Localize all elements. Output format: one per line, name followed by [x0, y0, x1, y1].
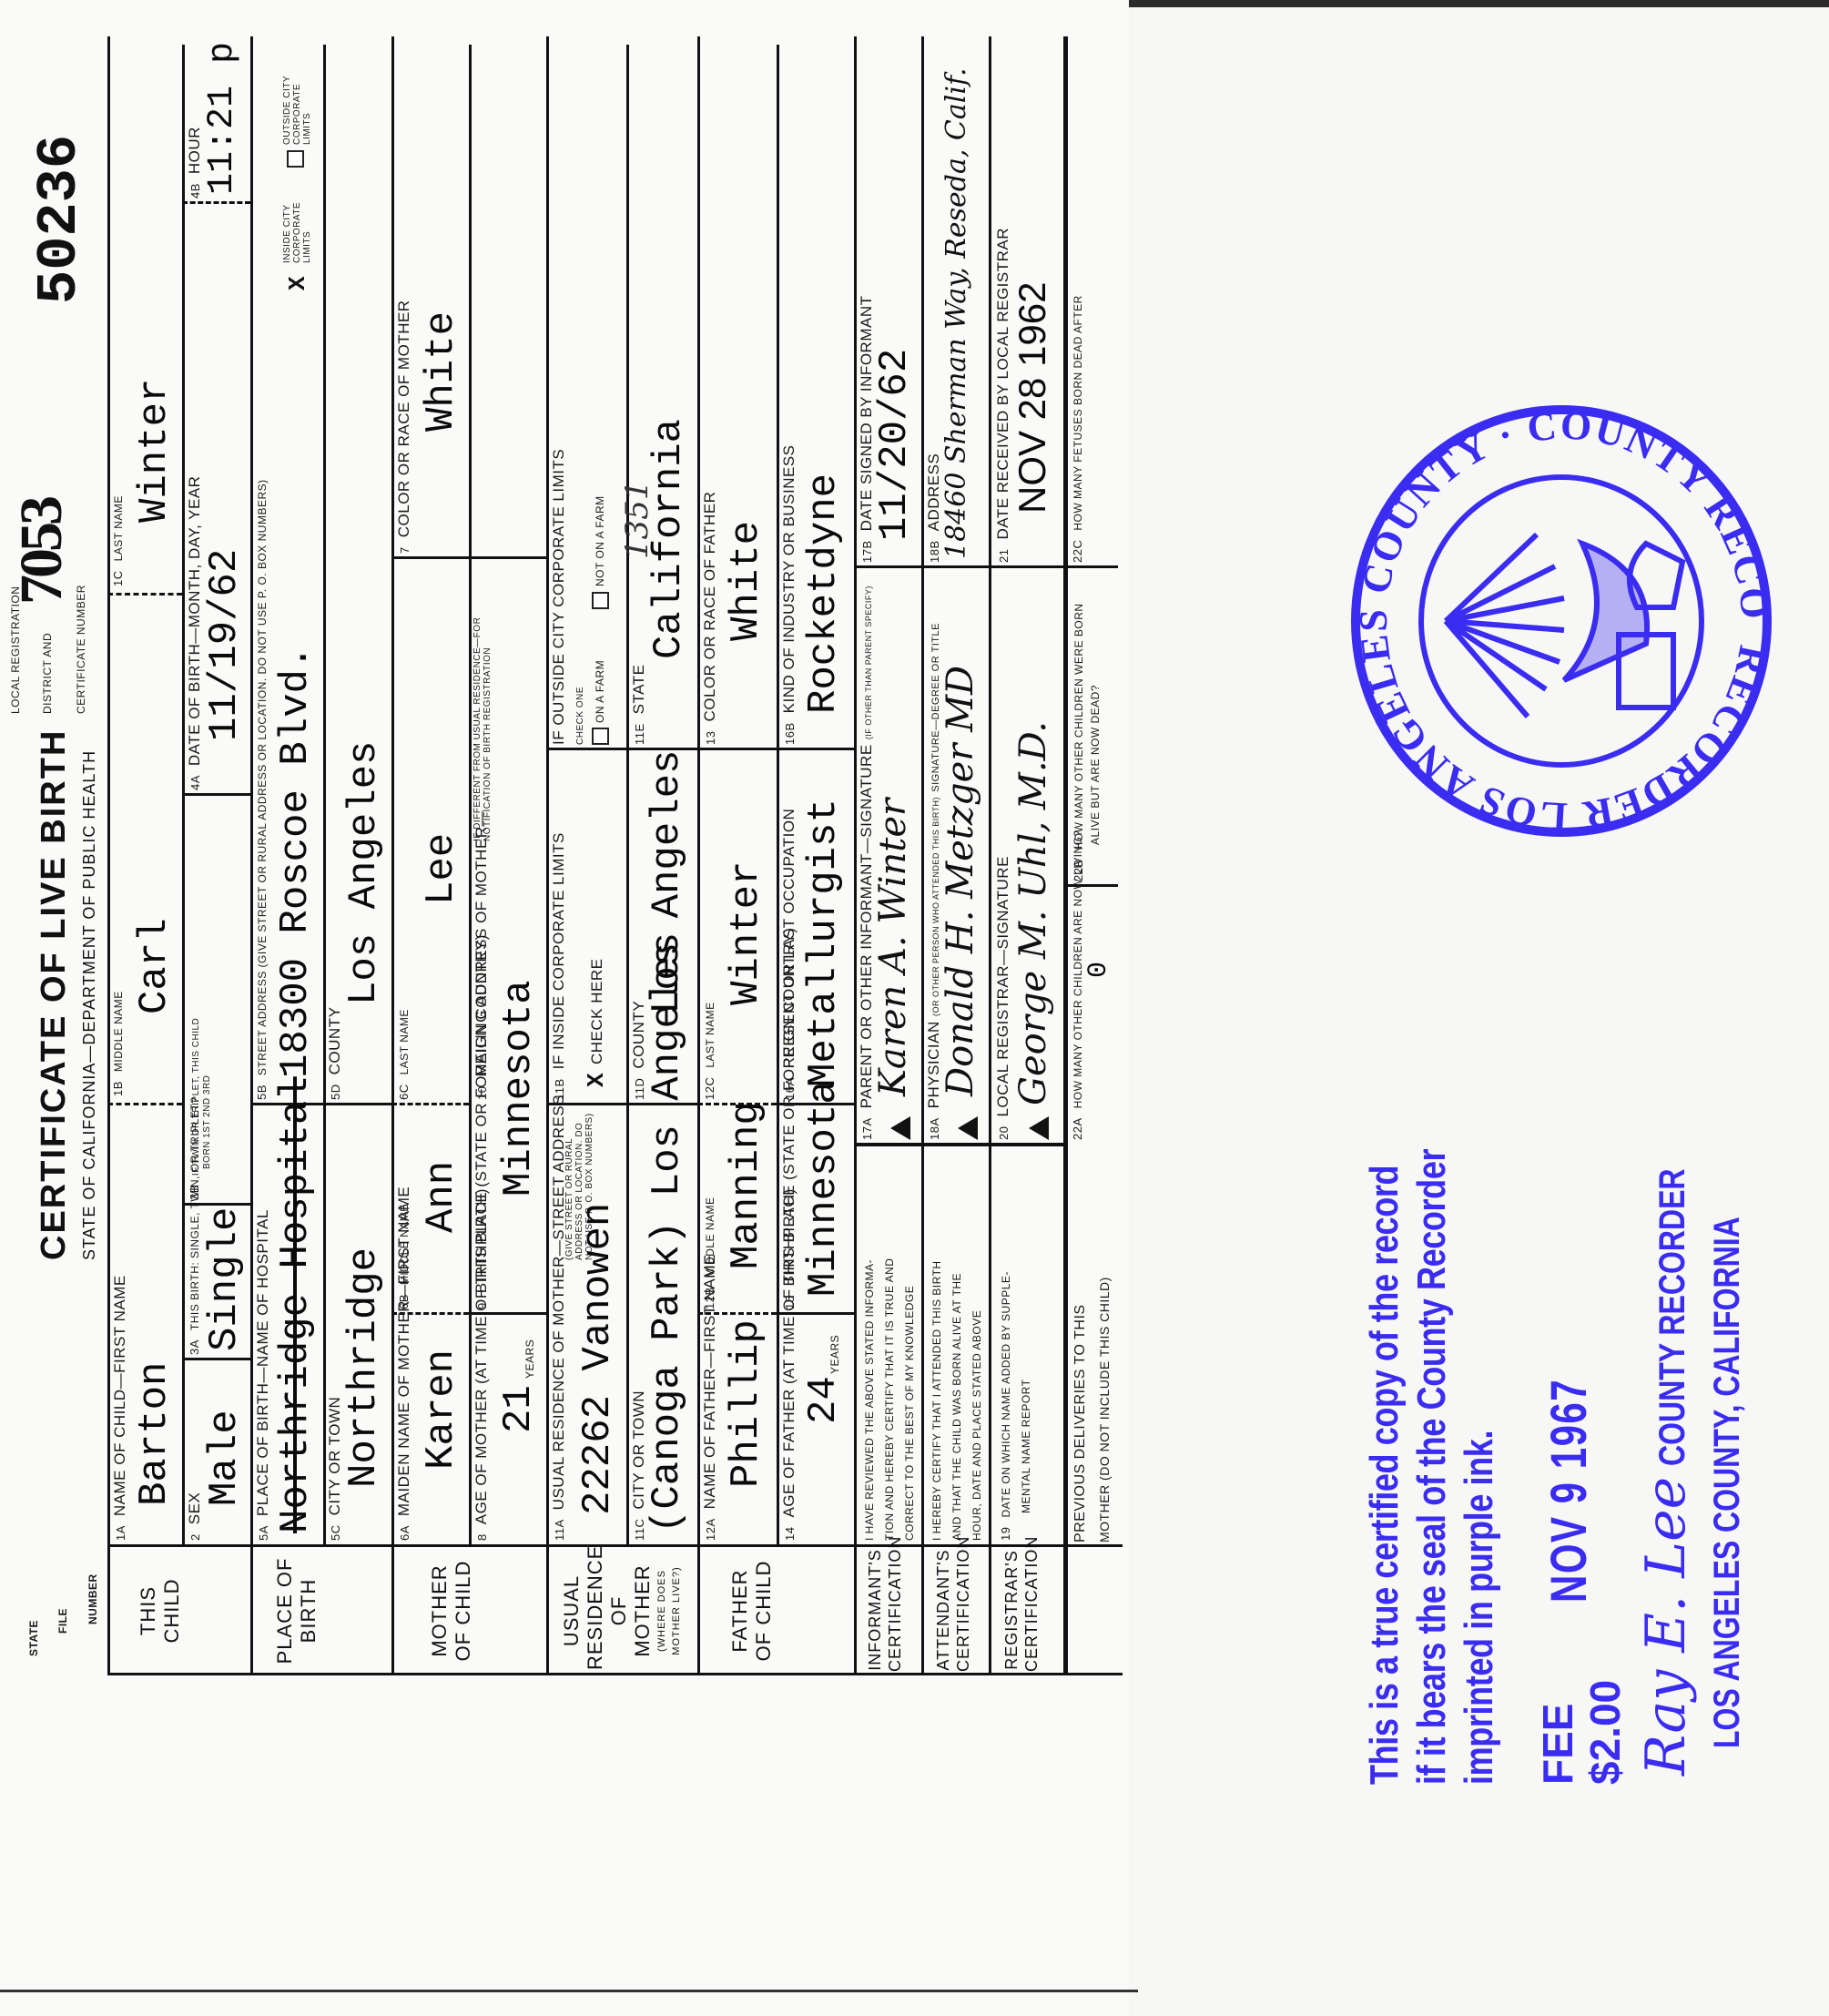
field-divider: [107, 593, 182, 596]
certificate-subtitle: STATE OF CALIFORNIA—DEPARTMENT OF PUBLIC…: [80, 750, 99, 1260]
field-divider: [391, 556, 469, 559]
field-16a-label: 16APRESENT OR LAST OCCUPATION: [780, 809, 798, 1100]
field-divider: [1063, 565, 1118, 568]
row-divider: [391, 36, 394, 1675]
certification-date: NOV 9 1967: [1539, 1379, 1598, 1603]
field-21-label: 21DATE RECEIVED BY LOCAL REGISTRAR: [994, 228, 1012, 563]
field-2-label: 2SEX: [186, 1492, 204, 1541]
cert-divider: [854, 565, 1063, 568]
hour-of-birth: 11:21 p: [202, 42, 243, 195]
cert-divider: [854, 1143, 1063, 1146]
check-one-label: CHECK ONE: [575, 687, 585, 745]
field-22c-label: 22CHOW MANY FETUSES BORN DEAD AFTER: [1071, 295, 1084, 563]
field-10-note: IF DIFFERENT FROM USUAL RESIDENCE—FOR NO…: [472, 568, 493, 841]
informant-signature: Karen A. Winter: [872, 799, 914, 1096]
field-16b-label: 16BKIND OF INDUSTRY OR BUSINESS: [780, 444, 798, 745]
state-label: STATE: [27, 1620, 40, 1656]
field-divider: [697, 748, 777, 750]
outside-limits-label: OUTSIDE CITY CORPORATE LIMITS: [282, 72, 312, 145]
field-divider: [469, 556, 546, 559]
field-divider: [323, 1103, 391, 1105]
number-label: NUMBER: [86, 1573, 99, 1624]
father-race: White: [724, 521, 769, 641]
form-left-border: [107, 1673, 1123, 1675]
section-usual-residence: USUAL RESIDENCE OF MOTHER (WHERE DOES MO…: [560, 1552, 684, 1670]
child-middle-name: Carl: [132, 918, 178, 1014]
hospital-name: Northridge Hospital: [273, 1076, 319, 1533]
field-6c-label: 6CLAST NAME: [397, 1009, 411, 1100]
field-22b-label: 22BHOW MANY OTHER CHILDREN WERE BORN ALI…: [1071, 603, 1103, 881]
mother-birthplace: Minnesota: [496, 980, 542, 1196]
section-this-child: THIS CHILD: [137, 1552, 184, 1670]
check-here-label: CHECK HERE: [588, 959, 606, 1064]
row-divider: [921, 36, 924, 1675]
row-divider: [989, 36, 991, 1675]
fee-block: FEE $2.00: [1534, 1680, 1629, 1785]
field-4b-label: 4BHOUR: [186, 127, 204, 199]
field-5d-label: 5DCOUNTY: [326, 1007, 344, 1100]
child-first-name: Barton: [132, 1362, 178, 1506]
birth-plurality: Single: [202, 1207, 248, 1351]
mother-age: 21: [496, 1385, 542, 1433]
mother-last-name: Lee: [419, 833, 464, 905]
previous-deliveries-label: PREVIOUS DELIVERIES TO THIS: [1072, 1304, 1089, 1543]
field-5a-label: 5APLACE OF BIRTH—NAME OF HOSPITAL: [254, 1209, 272, 1541]
child-sex: Male: [202, 1410, 248, 1506]
on-farm-checkbox[interactable]: [592, 728, 609, 745]
field-divider: [391, 1103, 469, 1105]
field-10-label: 10MAILING ADDRESS OF MOTHER—: [472, 810, 491, 1100]
field-divider: [546, 748, 626, 750]
on-farm-label: ON A FARM: [594, 660, 606, 723]
district-number: 7053: [7, 499, 76, 605]
field-20-label: 20LOCAL REGISTRAR—SIGNATURE: [994, 856, 1012, 1140]
sub-row-divider: [182, 45, 185, 1547]
field-19-label: 19DATE ON WHICH NAME ADDED BY SUPPLE- ME…: [996, 1271, 1036, 1541]
certification-statement: This is a true certified copy of the rec…: [1361, 874, 1503, 1785]
field-7-label: 7COLOR OR RACE OF MOTHER: [395, 300, 413, 554]
father-first-name: Phillip: [724, 1319, 769, 1488]
field-1c-label: 1CLAST NAME: [111, 495, 125, 586]
field-13-label: 13COLOR OR RACE OF FATHER: [701, 492, 719, 745]
date-received: NOV 28 1962: [1011, 281, 1054, 514]
not-on-farm-checkbox[interactable]: [592, 592, 609, 609]
inside-limits-label: INSIDE CITY CORPORATE LIMITS: [282, 190, 312, 263]
birth-city: Northridge: [341, 1247, 387, 1488]
certificate-number-label: CERTIFICATE NUMBER: [75, 585, 87, 714]
field-12c-label: 12CLAST NAME: [703, 1002, 716, 1100]
paper-bottom-edge: [0, 1990, 1138, 1992]
father-birthplace: Minnesota: [801, 1080, 847, 1297]
handwritten-code: 1351: [619, 480, 655, 559]
field-4a-label: 4ADATE OF BIRTH—MONTH, DAY, YEAR: [186, 476, 204, 790]
registrar-signature: George M. Uhl, M.D.: [1012, 721, 1054, 1105]
sign-here-arrow-icon: [958, 1116, 978, 1140]
sub-row-divider: [323, 45, 326, 1547]
residence-street: 22262 Vanowen: [575, 1203, 621, 1515]
field-6b-label: 6BMIDDLE NAME: [397, 1204, 411, 1309]
sub-row-divider: [469, 45, 472, 1547]
section-mother: MOTHER OF CHILD: [428, 1552, 475, 1670]
sub-row-divider: [626, 45, 629, 1547]
father-last-name: Winter: [724, 861, 769, 1005]
recorder-signature: Ray E. Lee: [1634, 1477, 1698, 1776]
file-label: FILE: [56, 1608, 69, 1634]
field-11d-label: 11DCOUNTY: [630, 1001, 648, 1100]
field-divider: [777, 748, 854, 750]
section-place-of-birth: PLACE OF BIRTH: [273, 1552, 320, 1670]
recorder-title: COUNTY RECORDER: [1652, 1168, 1693, 1466]
inside-limits-check[interactable]: X: [284, 276, 311, 290]
certificate-title: CERTIFICATE OF LIVE BIRTH: [35, 729, 74, 1260]
recorder-jurisdiction: LOS ANGELES COUNTY, CALIFORNIA: [1707, 1217, 1748, 1748]
birth-county: Los Angeles: [341, 741, 387, 1005]
informant-date-signed: 11/20/62: [872, 349, 918, 541]
father-occupation: Metallurgist: [801, 799, 847, 1087]
father-industry: Rocketdyne: [801, 473, 847, 714]
section-father: FATHER OF CHILD: [728, 1552, 776, 1670]
father-age-unit: YEARS: [828, 1335, 841, 1374]
sign-here-arrow-icon: [890, 1116, 910, 1140]
section-informant-cert: INFORMANT'S CERTIFICATION: [865, 1548, 905, 1672]
sub-row-divider: [777, 45, 779, 1547]
informant-statement: I HAVE REVIEWED THE ABOVE STATED INFORMA…: [859, 1258, 920, 1541]
inside-corporate-limits-check[interactable]: X: [583, 1073, 610, 1087]
physician-address: 18460 Sherman Way, Reseda, Calif.: [943, 49, 970, 559]
certification-area: RECORDER LOS ANGELES COUNTY · COUNTY REC…: [1138, 0, 1829, 2016]
outside-limits-title: IF OUTSIDE CITY CORPORATE LIMITS: [550, 449, 568, 745]
row-divider: [854, 36, 857, 1675]
certificate-number: 50236: [27, 135, 92, 304]
residence-city: (Canoga Park) Los Angeles: [645, 932, 690, 1533]
local-registration-label: LOCAL REGISTRATION: [9, 586, 22, 714]
father-middle-name: Manning: [724, 1101, 769, 1269]
physician-signature: Donald H. Metzger MD: [940, 666, 981, 1096]
mother-middle-name: Ann: [419, 1161, 464, 1233]
date-of-birth: 11/19/62: [202, 549, 248, 741]
field-divider: [107, 1103, 182, 1105]
field-1b-label: 1BMIDDLE NAME: [111, 991, 125, 1096]
field-3b-options: BORN 1ST 2ND 3RD: [202, 1075, 212, 1169]
hospital-street-address: 18300 Roscoe Blvd.: [273, 646, 319, 1078]
outside-limits-checkbox[interactable]: [287, 150, 304, 168]
row-divider: [546, 36, 549, 1675]
other-children-living: 0: [1083, 962, 1114, 978]
mother-race: White: [419, 311, 464, 432]
not-on-farm-label: NOT ON A FARM: [594, 495, 606, 586]
field-12b-label: 12BMIDDLE NAME: [703, 1197, 716, 1309]
previous-deliveries-note: MOTHER (DO NOT INCLUDE THIS CHILD): [1097, 1277, 1112, 1543]
field-11b-label: 11BIF INSIDE CORPORATE LIMITS: [550, 832, 568, 1100]
birth-certificate-form: STATE FILE NUMBER CERTIFICATE OF LIVE BI…: [0, 0, 1129, 2016]
sign-here-arrow-icon: [1029, 1116, 1049, 1140]
row-divider: [697, 36, 700, 1675]
field-divider: [182, 1358, 250, 1360]
row-divider: [250, 36, 253, 1675]
father-age: 24: [801, 1376, 847, 1424]
section-registrar-cert: REGISTRAR'S CERTIFICATION: [1001, 1548, 1042, 1672]
section-attendant-cert: ATTENDANT'S CERTIFICATION: [933, 1548, 973, 1672]
seal-text: RECORDER LOS ANGELES COUNTY · COUNTY REC…: [1338, 405, 1778, 838]
field-divider: [182, 793, 250, 796]
attendant-statement: I HEREBY CERTIFY THAT I ATTENDED THIS BI…: [927, 1260, 987, 1541]
residence-county: Los Angeles: [645, 750, 690, 1014]
field-11e-label: 11ESTATE: [630, 665, 648, 745]
field-5b-label: 5BSTREET ADDRESS (GIVE STREET OR RURAL A…: [255, 479, 269, 1100]
field-3b-label: 3BIF TWIN OR TRIPLET, THIS CHILD: [188, 1018, 201, 1200]
mother-age-unit: YEARS: [523, 1339, 536, 1379]
svg-text:RECORDER LOS ANGELES COUNTY ·: RECORDER LOS ANGELES COUNTY · COUNTY REC…: [1338, 405, 1778, 838]
field-1a-label: 1ANAME OF CHILD—FIRST NAME: [111, 1275, 129, 1541]
county-recorder-seal-icon: RECORDER LOS ANGELES COUNTY · COUNTY REC…: [1338, 405, 1784, 838]
district-label: DISTRICT AND: [41, 633, 54, 714]
child-last-name: Winter: [132, 379, 178, 523]
row-divider: [1063, 36, 1068, 1675]
row-divider: [107, 36, 110, 1675]
field-divider: [182, 201, 250, 204]
mother-first-name: Karen: [419, 1349, 464, 1470]
